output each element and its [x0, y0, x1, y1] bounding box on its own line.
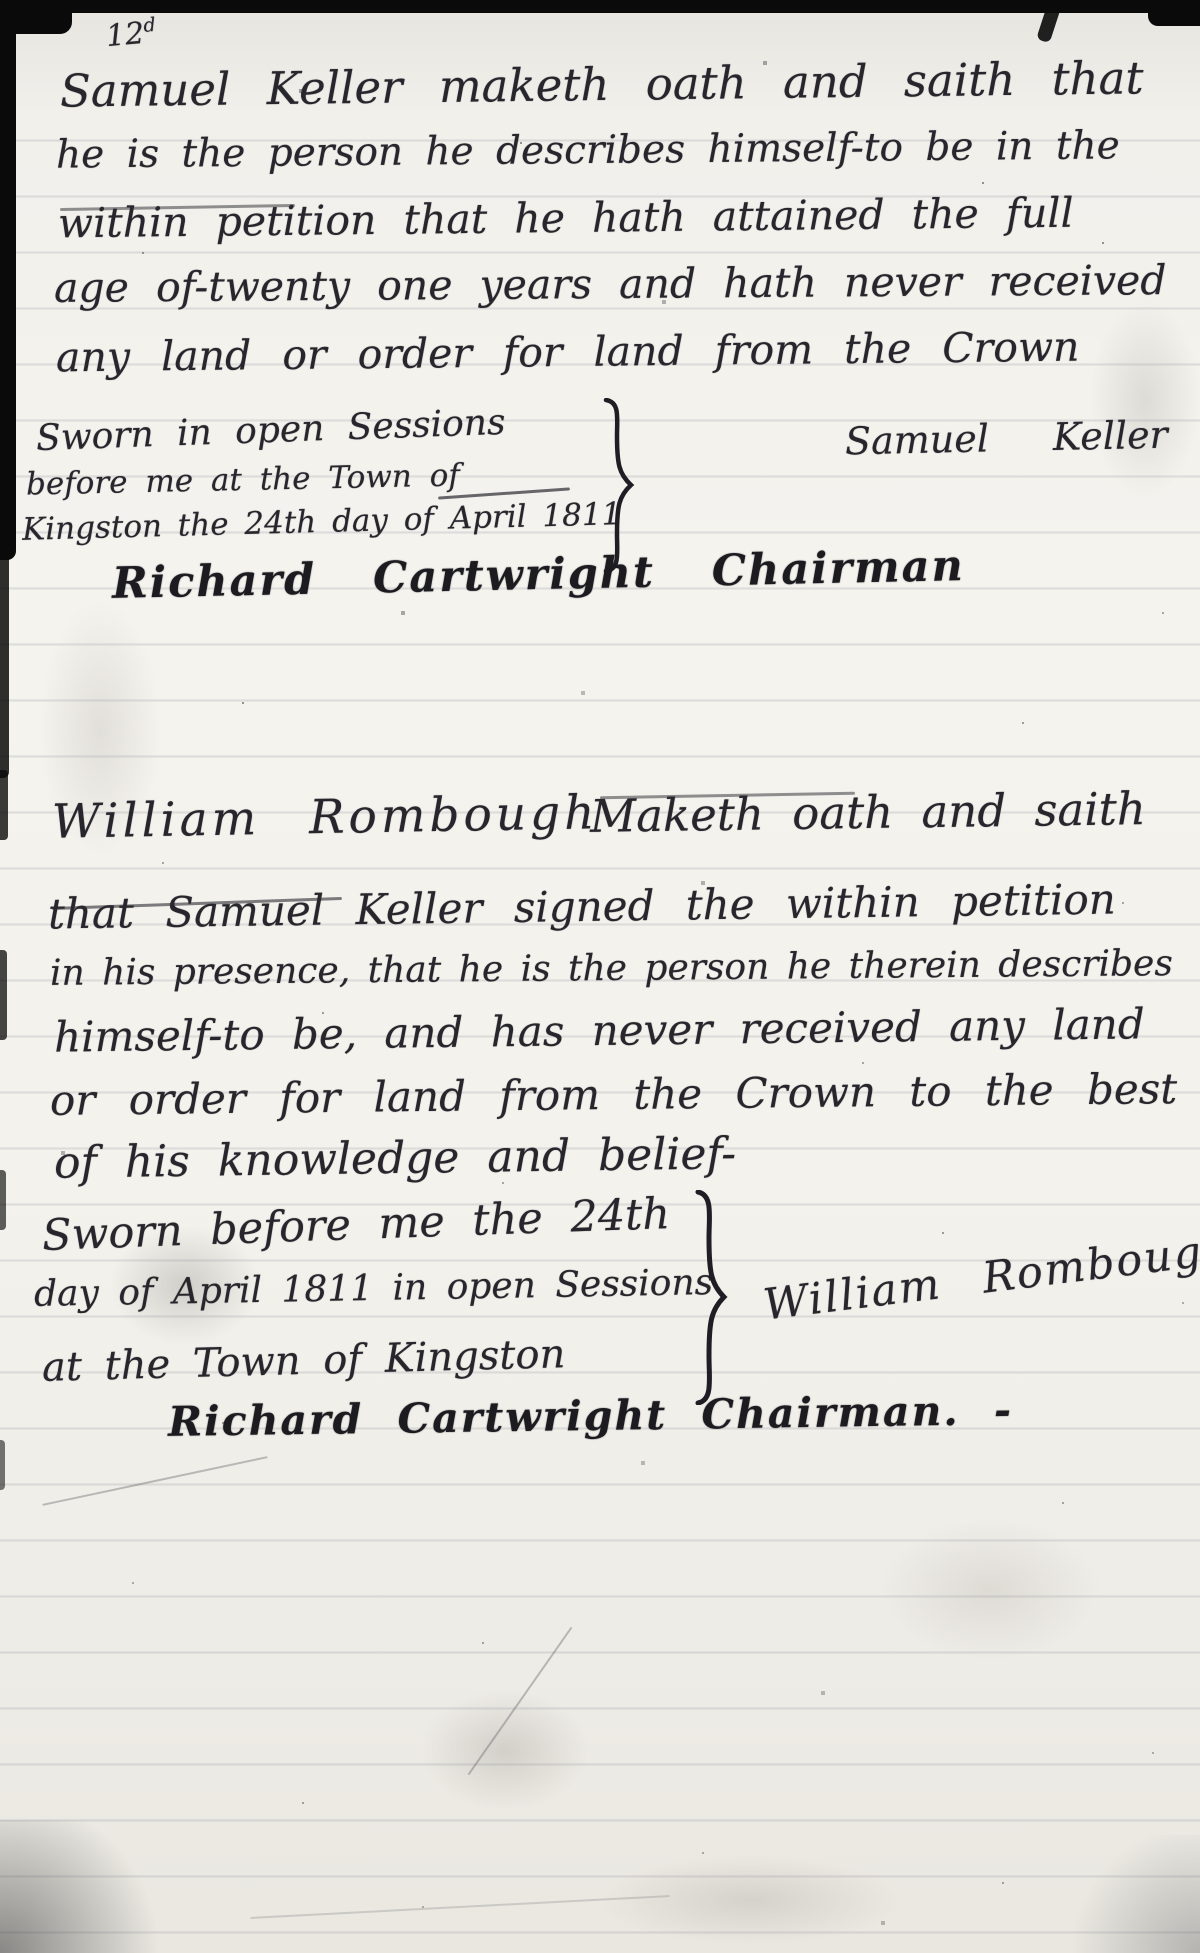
- scan-edge-mark: [0, 950, 7, 1040]
- attestation2-brace: [686, 1190, 734, 1405]
- oath2-opening: Maketh oath and saith: [590, 782, 1146, 843]
- paper-stain: [600, 1855, 900, 1945]
- oath2-line: of his knowledge and belief-: [54, 1128, 737, 1189]
- scan-edge-mark: [0, 1170, 6, 1230]
- scan-edge-left: [0, 548, 9, 778]
- deponent1-signature: Samuel Keller: [845, 413, 1169, 464]
- scan-edge-top: [0, 0, 1200, 13]
- paper-stain: [880, 1520, 1100, 1660]
- folio-number-suffix: d: [143, 14, 157, 37]
- paper-stain: [1090, 300, 1200, 500]
- scanned-document-page: 12d Samuel Keller maketh oath and saith …: [0, 0, 1200, 1953]
- scan-edge-mark: [0, 770, 8, 840]
- attestation1-brace: [596, 398, 640, 573]
- corner-shadow: [0, 1820, 220, 1953]
- oath2-deponent-name: William Rombough: [52, 785, 599, 850]
- scan-edge-left: [0, 0, 16, 560]
- scan-edge-mark: [0, 1440, 5, 1490]
- oath1-line: age of-twenty one years and hath never r…: [54, 256, 1167, 312]
- folio-number: 12d: [105, 14, 158, 54]
- paper-stain: [420, 1690, 590, 1810]
- scan-edge-corner: [1148, 0, 1200, 26]
- folio-number-digits: 12: [105, 16, 146, 54]
- corner-shadow: [1040, 1835, 1200, 1953]
- oath1-line: he is the person he describes himself-to…: [56, 123, 1120, 177]
